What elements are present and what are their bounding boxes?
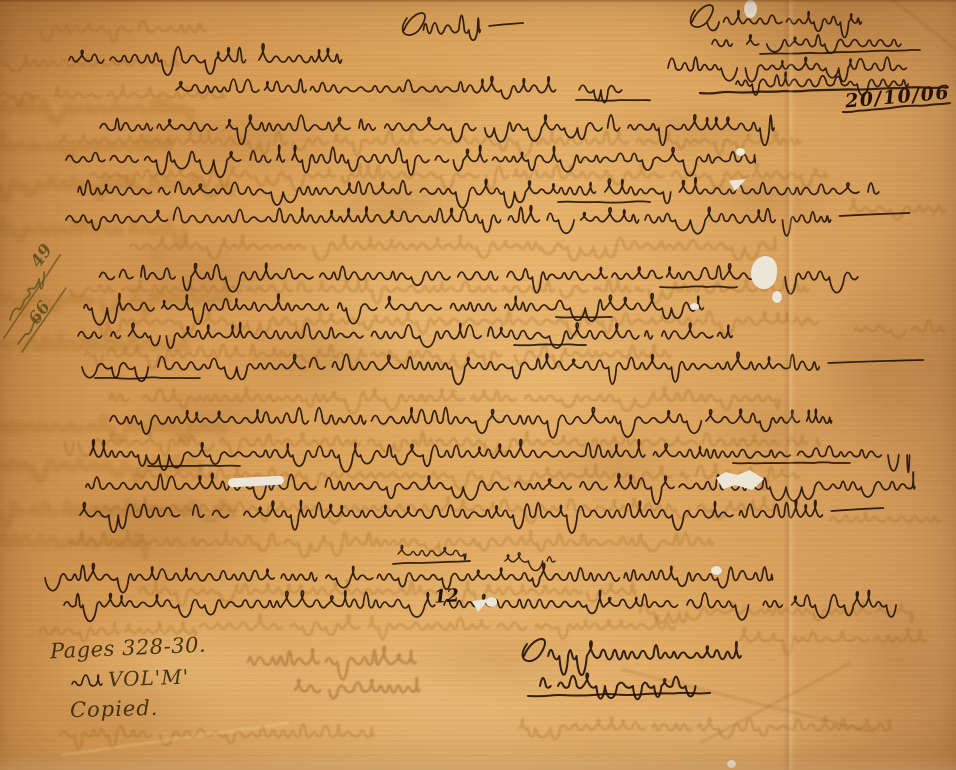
handwritten-line [514,344,586,345]
handwritten-line [398,545,466,559]
handwritten-line [691,5,862,37]
scan-top-edge [0,0,956,3]
footer-copied-note: Copied. [70,696,159,722]
handwritten-line [556,317,612,318]
handwritten-line [855,320,944,338]
paper-damage-spot [711,566,722,575]
handwritten-line [200,615,675,639]
handwritten-line [40,21,206,43]
handwritten-line [830,512,940,522]
handwritten-line [740,628,926,654]
handwritten-line [520,717,890,739]
handwritten-line [248,647,415,679]
scanned-letter-page: 20/10/06 12 49 66 Pages 328-30. VOL'M' C… [0,0,956,770]
handwritten-line [0,99,191,122]
handwritten-line [0,56,180,72]
handwritten-line [505,553,555,571]
vertical-fold-crease [783,0,795,770]
handwritten-line [60,724,374,749]
handwritten-line [95,377,200,378]
handwritten-line [523,639,741,675]
paper-damage-spot [772,291,782,303]
handwritten-line [295,678,419,699]
handwritten-line [0,535,146,556]
paper-damage-spot [486,597,497,607]
handwritten-line [70,531,714,557]
handwritten-line [850,199,945,219]
paper-damage-spot [690,303,699,310]
paper-damage-spot [736,148,745,156]
handwritten-line [558,201,650,202]
footer-volume-note: VOL'M' [108,665,190,692]
handwritten-line [148,466,240,467]
handwritten-line [130,235,775,260]
handwritten-line [393,561,470,564]
handwritten-line [69,44,341,75]
handwritten-line [528,693,710,696]
scan-bottom-edge [0,756,956,770]
handwritten-line [60,130,801,156]
handwritten-line [140,580,636,606]
handwritten-line [72,675,102,686]
left-edge-streaks-layer [0,99,233,556]
handwritten-line [576,100,650,101]
handwritten-line [176,76,622,102]
handwritten-line [403,13,524,40]
inline-number: 12 [433,585,459,608]
